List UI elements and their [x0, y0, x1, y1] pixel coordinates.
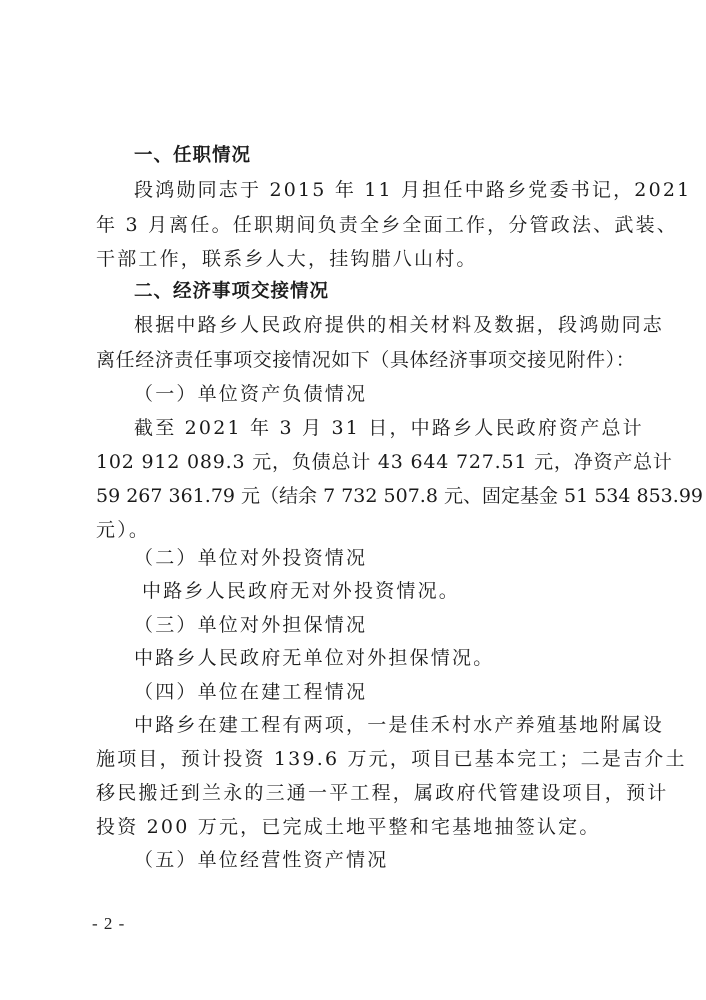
paragraph-line: 59 267 361.79 元（结余 7 732 507.8 元、固定基金 51…	[96, 483, 626, 509]
paragraph-line: 段鸿勋同志于 2015 年 11 月担任中路乡党委书记，2021	[134, 177, 626, 203]
paragraph-line: 中路乡在建工程有两项，一是佳禾村水产养殖基地附属设	[134, 712, 626, 738]
paragraph-line: 中路乡人民政府无对外投资情况。	[142, 578, 672, 604]
section-heading-economic-handover: 二、经济事项交接情况	[134, 279, 664, 305]
paragraph-line: 施项目，预计投资 139.6 万元，项目已基本完工；二是吉介土	[96, 746, 626, 772]
subsection-heading-operating-assets: （五）单位经营性资产情况	[134, 847, 664, 873]
subsection-heading-construction-in-progress: （四）单位在建工程情况	[134, 679, 664, 705]
subsection-heading-external-investment: （二）单位对外投资情况	[134, 545, 664, 571]
page-number: - 2 -	[92, 914, 125, 934]
document-page: 一、任职情况 段鸿勋同志于 2015 年 11 月担任中路乡党委书记，2021 …	[0, 0, 706, 1000]
paragraph-line: 离任经济责任事项交接情况如下（具体经济事项交接见附件）：	[96, 347, 626, 373]
section-heading-appointment: 一、任职情况	[134, 143, 664, 169]
subsection-heading-external-guarantee: （三）单位对外担保情况	[134, 612, 664, 638]
paragraph-line: 截至 2021 年 3 月 31 日，中路乡人民政府资产总计	[134, 415, 626, 441]
subsection-heading-assets-liabilities: （一）单位资产负债情况	[134, 381, 664, 407]
paragraph-line: 102 912 089.3 元，负债总计 43 644 727.51 元，净资产…	[96, 449, 626, 475]
paragraph-line: 中路乡人民政府无单位对外担保情况。	[134, 645, 664, 671]
paragraph-line: 元）。	[96, 517, 626, 543]
paragraph-line: 移民搬迁到兰永的三通一平工程，属政府代管建设项目，预计	[96, 780, 626, 806]
paragraph-line: 年 3 月离任。任职期间负责全乡全面工作，分管政法、武装、	[96, 212, 626, 238]
paragraph-line: 根据中路乡人民政府提供的相关材料及数据，段鸿勋同志	[134, 312, 626, 338]
paragraph-line: 投资 200 万元，已完成土地平整和宅基地抽签认定。	[96, 814, 626, 840]
paragraph-line: 干部工作，联系乡人大，挂钩腊八山村。	[96, 246, 626, 272]
